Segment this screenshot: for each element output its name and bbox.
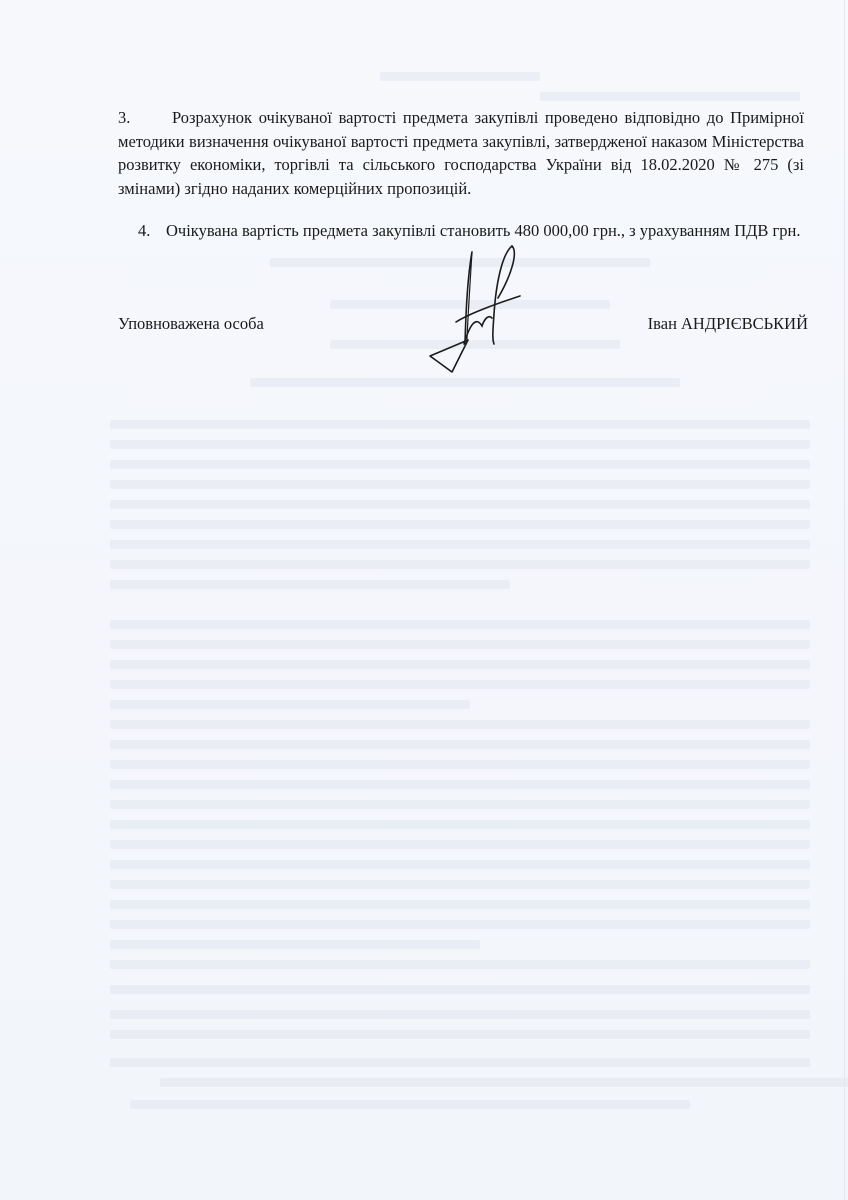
signatory-name: Іван АНДРІЄВСЬКИЙ (648, 314, 808, 334)
paragraph-4-number: 4. (138, 219, 166, 243)
bleed-through-line (380, 72, 540, 81)
bleed-through-line (110, 840, 810, 849)
bleed-through-line (110, 940, 480, 949)
bleed-through-line (110, 440, 810, 449)
bleed-through-line (110, 1030, 810, 1039)
bleed-through-line (110, 985, 810, 994)
bleed-through-line (110, 800, 810, 809)
bleed-through-line (110, 740, 810, 749)
bleed-through-line (110, 1058, 810, 1067)
bleed-through-line (110, 760, 810, 769)
authorized-person-label: Уповноважена особа (118, 314, 264, 334)
bleed-through-line (110, 420, 810, 429)
bleed-through-line (110, 580, 510, 589)
bleed-through-line (110, 820, 810, 829)
bleed-through-line (110, 880, 810, 889)
bleed-through-line (160, 1078, 848, 1087)
bleed-through-line (110, 480, 810, 489)
bleed-through-line (110, 860, 810, 869)
bleed-through-line (110, 520, 810, 529)
bleed-through-line (110, 680, 810, 689)
bleed-through-line (110, 720, 810, 729)
bleed-through-line (110, 620, 810, 629)
bleed-through-line (110, 900, 810, 909)
bleed-through-line (110, 660, 810, 669)
bleed-through-line (110, 560, 810, 569)
paragraph-3: 3.Розрахунок очікуваної вартості предмет… (118, 106, 804, 200)
paragraph-3-number: 3. (118, 106, 172, 130)
bleed-through-line (250, 378, 680, 387)
bleed-through-line (130, 1100, 690, 1109)
bleed-through-line (110, 960, 810, 969)
bleed-through-line (110, 1010, 810, 1019)
bleed-through-line (540, 92, 800, 101)
bleed-through-line (110, 920, 810, 929)
paragraph-4-text: Очікувана вартість предмета закупівлі ст… (166, 221, 800, 240)
bleed-through-line (110, 640, 810, 649)
bleed-through-line (110, 780, 810, 789)
bleed-through-line (110, 460, 810, 469)
page-edge (844, 0, 845, 1200)
bleed-through-line (110, 500, 810, 509)
document-page: 3.Розрахунок очікуваної вартості предмет… (0, 0, 848, 1200)
paragraph-4: 4.Очікувана вартість предмета закупівлі … (118, 219, 804, 243)
paragraph-3-text: Розрахунок очікуваної вартості предмета … (118, 108, 804, 198)
signature-icon (412, 244, 522, 374)
bleed-through-line (110, 540, 810, 549)
bleed-through-line (110, 700, 470, 709)
